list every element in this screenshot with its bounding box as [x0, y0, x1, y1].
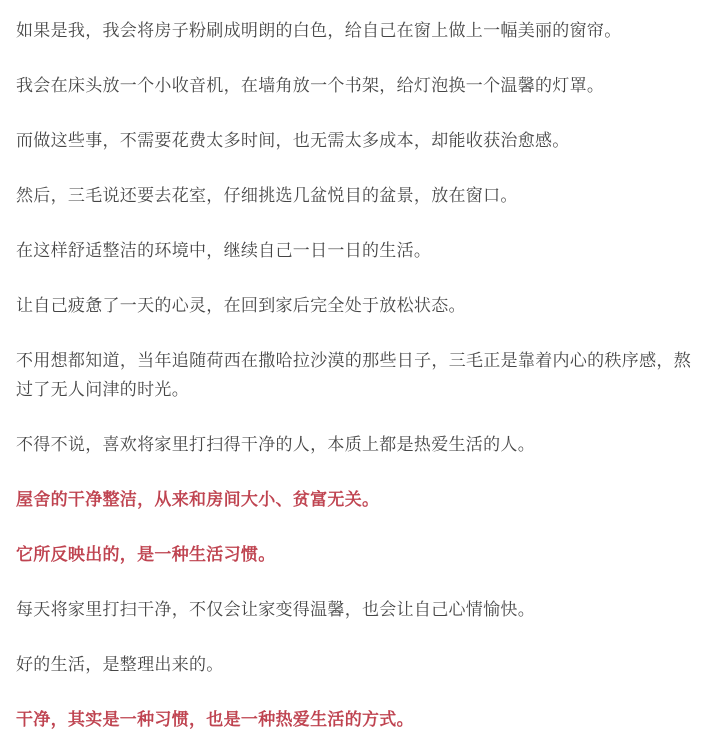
paragraph: 它所反映出的，是一种生活习惯。 — [16, 540, 691, 569]
paragraph: 如果是我，我会将房子粉刷成明朗的白色，给自己在窗上做上一幅美丽的窗帘。 — [16, 16, 691, 45]
paragraph: 好的生活，是整理出来的。 — [16, 650, 691, 679]
paragraph: 干净，其实是一种习惯，也是一种热爱生活的方式。 — [16, 705, 691, 734]
paragraph: 让自己疲惫了一天的心灵，在回到家后完全处于放松状态。 — [16, 291, 691, 320]
paragraph: 在这样舒适整洁的环境中，继续自己一日一日的生活。 — [16, 236, 691, 265]
paragraph: 不得不说，喜欢将家里打扫得干净的人，本质上都是热爱生活的人。 — [16, 430, 691, 459]
paragraph: 而做这些事，不需要花费太多时间，也无需太多成本，却能收获治愈感。 — [16, 126, 691, 155]
paragraph: 每天将家里打扫干净，不仅会让家变得温馨，也会让自己心情愉快。 — [16, 595, 691, 624]
paragraph: 然后，三毛说还要去花室，仔细挑选几盆悦目的盆景，放在窗口。 — [16, 181, 691, 210]
paragraph: 屋舍的干净整洁，从来和房间大小、贫富无关。 — [16, 485, 691, 514]
paragraph: 不用想都知道，当年追随荷西在撒哈拉沙漠的那些日子，三毛正是靠着内心的秩序感，熬过… — [16, 346, 691, 404]
paragraph: 我会在床头放一个小收音机，在墙角放一个书架，给灯泡换一个温馨的灯罩。 — [16, 71, 691, 100]
article-body: 如果是我，我会将房子粉刷成明朗的白色，给自己在窗上做上一幅美丽的窗帘。我会在床头… — [0, 0, 707, 734]
